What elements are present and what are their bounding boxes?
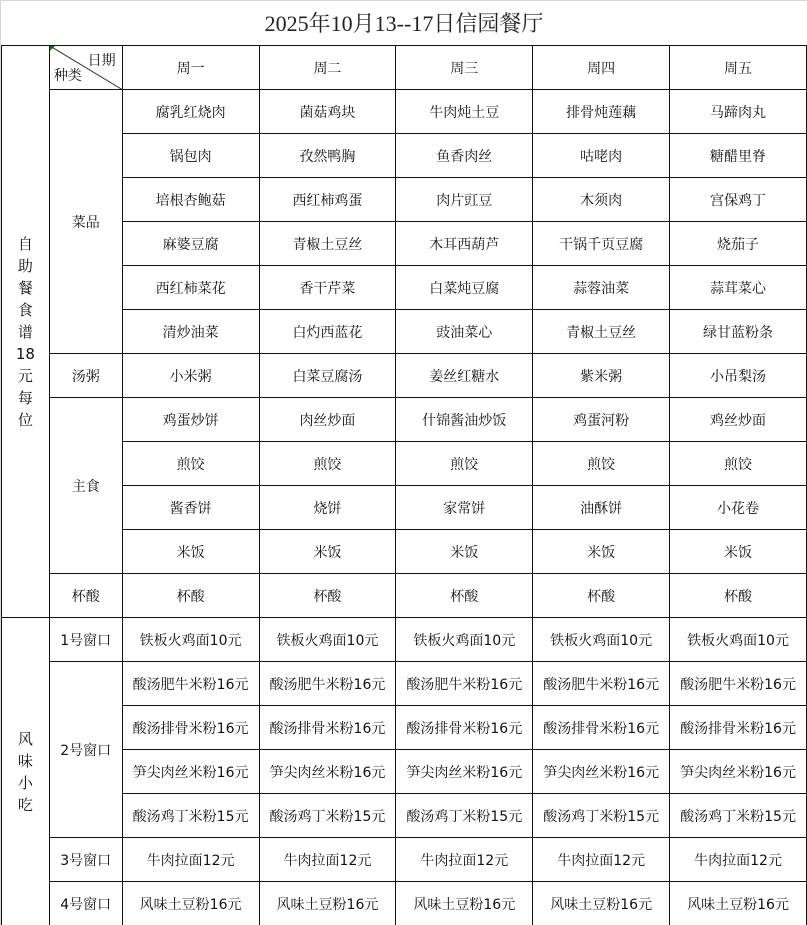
menu-row: 煎饺煎饺煎饺煎饺煎饺	[2, 442, 807, 486]
snacks-section-label: 风味小吃	[2, 618, 50, 925]
menu-row: 酸汤排骨米粉16元酸汤排骨米粉16元酸汤排骨米粉16元酸汤排骨米粉16元酸汤排骨…	[2, 706, 807, 750]
menu-item-cell: 锅包肉	[122, 134, 259, 178]
soup-category-label: 汤粥	[49, 354, 122, 398]
menu-item-cell: 烧茄子	[670, 222, 807, 266]
menu-item-cell: 煎饺	[670, 442, 807, 486]
staple-category-label: 主食	[49, 398, 122, 574]
corner-header-cell: 日期 种类	[49, 46, 122, 90]
menu-item-cell: 小吊梨汤	[670, 354, 807, 398]
menu-item-cell: 杯酸	[259, 574, 396, 618]
window1-category-label: 1号窗口	[49, 618, 122, 662]
buffet-section-label: 自助餐食谱18元每位	[2, 46, 50, 618]
menu-item-cell: 马蹄肉丸	[670, 90, 807, 134]
snacks-label-char: 味	[2, 750, 49, 772]
menu-item-cell: 米饭	[396, 530, 533, 574]
corner-category-label: 种类	[54, 65, 82, 85]
menu-row: 菜品腐乳红烧肉菌菇鸡块牛肉炖土豆排骨炖莲藕马蹄肉丸	[2, 90, 807, 134]
menu-item-cell: 风味土豆粉16元	[259, 882, 396, 925]
menu-item-cell: 宫保鸡丁	[670, 178, 807, 222]
menu-row: 米饭米饭米饭米饭米饭	[2, 530, 807, 574]
menu-item-cell: 牛肉拉面12元	[533, 838, 670, 882]
buffet-label-char: 餐	[2, 277, 49, 299]
menu-item-cell: 鸡丝炒面	[670, 398, 807, 442]
menu-item-cell: 白灼西蓝花	[259, 310, 396, 354]
buffet-label-char: 元	[2, 365, 49, 387]
menu-item-cell: 鸡蛋炒饼	[122, 398, 259, 442]
menu-row: 培根杏鲍菇西红柿鸡蛋肉片豇豆木须肉宫保鸡丁	[2, 178, 807, 222]
menu-item-cell: 杯酸	[122, 574, 259, 618]
menu-item-cell: 酸汤肥牛米粉16元	[396, 662, 533, 706]
menu-item-cell: 木耳西葫芦	[396, 222, 533, 266]
menu-item-cell: 笋尖肉丝米粉16元	[259, 750, 396, 794]
menu-row: 汤粥小米粥白菜豆腐汤姜丝红糖水紫米粥小吊梨汤	[2, 354, 807, 398]
menu-item-cell: 青椒土豆丝	[259, 222, 396, 266]
menu-row: 清炒油菜白灼西蓝花豉油菜心青椒土豆丝绿甘蓝粉条	[2, 310, 807, 354]
buffet-label-char: 18	[2, 343, 49, 365]
menu-item-cell: 酸汤排骨米粉16元	[533, 706, 670, 750]
menu-item-cell: 咕咾肉	[533, 134, 670, 178]
menu-item-cell: 牛肉拉面12元	[259, 838, 396, 882]
menu-table: 自助餐食谱18元每位 日期 种类 周一 周二 周三 周四 周五 菜品腐乳红烧肉菌…	[1, 45, 807, 925]
menu-item-cell: 绿甘蓝粉条	[670, 310, 807, 354]
menu-item-cell: 培根杏鲍菇	[122, 178, 259, 222]
menu-item-cell: 酸汤排骨米粉16元	[396, 706, 533, 750]
menu-item-cell: 笋尖肉丝米粉16元	[533, 750, 670, 794]
menu-item-cell: 糖醋里脊	[670, 134, 807, 178]
menu-item-cell: 酸汤肥牛米粉16元	[670, 662, 807, 706]
menu-item-cell: 杯酸	[396, 574, 533, 618]
menu-item-cell: 牛肉炖土豆	[396, 90, 533, 134]
menu-item-cell: 豉油菜心	[396, 310, 533, 354]
menu-item-cell: 煎饺	[396, 442, 533, 486]
menu-item-cell: 酸汤鸡丁米粉15元	[122, 794, 259, 838]
menu-item-cell: 小花卷	[670, 486, 807, 530]
buffet-label-char: 谱	[2, 321, 49, 343]
menu-item-cell: 铁板火鸡面10元	[122, 618, 259, 662]
menu-item-cell: 姜丝红糖水	[396, 354, 533, 398]
menu-item-cell: 风味土豆粉16元	[396, 882, 533, 925]
buffet-label-char: 位	[2, 409, 49, 431]
buffet-label-char: 食	[2, 299, 49, 321]
corner-date-label: 日期	[88, 50, 116, 70]
menu-item-cell: 油酥饼	[533, 486, 670, 530]
menu-item-cell: 鱼香肉丝	[396, 134, 533, 178]
menu-item-cell: 牛肉拉面12元	[122, 838, 259, 882]
menu-row: 酸汤鸡丁米粉15元酸汤鸡丁米粉15元酸汤鸡丁米粉15元酸汤鸡丁米粉15元酸汤鸡丁…	[2, 794, 807, 838]
menu-item-cell: 铁板火鸡面10元	[533, 618, 670, 662]
buffet-label-char: 每	[2, 387, 49, 409]
snacks-label-char: 小	[2, 772, 49, 794]
dishes-category-label: 菜品	[49, 90, 122, 354]
menu-row: 4号窗口风味土豆粉16元风味土豆粉16元风味土豆粉16元风味土豆粉16元风味土豆…	[2, 882, 807, 925]
menu-item-cell: 米饭	[122, 530, 259, 574]
menu-item-cell: 煎饺	[533, 442, 670, 486]
menu-row: 2号窗口酸汤肥牛米粉16元酸汤肥牛米粉16元酸汤肥牛米粉16元酸汤肥牛米粉16元…	[2, 662, 807, 706]
menu-item-cell: 笋尖肉丝米粉16元	[122, 750, 259, 794]
menu-row: 笋尖肉丝米粉16元笋尖肉丝米粉16元笋尖肉丝米粉16元笋尖肉丝米粉16元笋尖肉丝…	[2, 750, 807, 794]
menu-item-cell: 酸汤排骨米粉16元	[122, 706, 259, 750]
menu-item-cell: 紫米粥	[533, 354, 670, 398]
page-title: 2025年10月13--17日信园餐厅	[1, 1, 807, 44]
menu-item-cell: 木须肉	[533, 178, 670, 222]
menu-item-cell: 风味土豆粉16元	[122, 882, 259, 925]
menu-item-cell: 西红柿菜花	[122, 266, 259, 310]
menu-item-cell: 什锦酱油炒饭	[396, 398, 533, 442]
menu-item-cell: 铁板火鸡面10元	[670, 618, 807, 662]
menu-item-cell: 铁板火鸡面10元	[396, 618, 533, 662]
menu-item-cell: 麻婆豆腐	[122, 222, 259, 266]
menu-row: 杯酸杯酸杯酸杯酸杯酸杯酸	[2, 574, 807, 618]
menu-item-cell: 西红柿鸡蛋	[259, 178, 396, 222]
menu-item-cell: 笋尖肉丝米粉16元	[670, 750, 807, 794]
buffet-label-char: 自	[2, 233, 49, 255]
drink-category-label: 杯酸	[49, 574, 122, 618]
menu-item-cell: 干锅千页豆腐	[533, 222, 670, 266]
menu-item-cell: 蒜茸菜心	[670, 266, 807, 310]
snacks-label-char: 吃	[2, 794, 49, 816]
menu-item-cell: 酱香饼	[122, 486, 259, 530]
day-header-tue: 周二	[259, 46, 396, 90]
menu-item-cell: 家常饼	[396, 486, 533, 530]
menu-item-cell: 酸汤鸡丁米粉15元	[533, 794, 670, 838]
menu-item-cell: 鸡蛋河粉	[533, 398, 670, 442]
menu-row: 主食鸡蛋炒饼肉丝炒面什锦酱油炒饭鸡蛋河粉鸡丝炒面	[2, 398, 807, 442]
menu-item-cell: 蒜蓉油菜	[533, 266, 670, 310]
menu-item-cell: 米饭	[533, 530, 670, 574]
menu-item-cell: 酸汤鸡丁米粉15元	[396, 794, 533, 838]
menu-item-cell: 孜然鸭胸	[259, 134, 396, 178]
snacks-label-char: 风	[2, 728, 49, 750]
menu-item-cell: 肉片豇豆	[396, 178, 533, 222]
menu-item-cell: 酸汤鸡丁米粉15元	[259, 794, 396, 838]
menu-row: 锅包肉孜然鸭胸鱼香肉丝咕咾肉糖醋里脊	[2, 134, 807, 178]
day-header-mon: 周一	[122, 46, 259, 90]
menu-item-cell: 白菜豆腐汤	[259, 354, 396, 398]
window4-category-label: 4号窗口	[49, 882, 122, 925]
window2-category-label: 2号窗口	[49, 662, 122, 838]
menu-item-cell: 清炒油菜	[122, 310, 259, 354]
menu-item-cell: 煎饺	[122, 442, 259, 486]
menu-item-cell: 米饭	[259, 530, 396, 574]
menu-row: 风味小吃1号窗口铁板火鸡面10元铁板火鸡面10元铁板火鸡面10元铁板火鸡面10元…	[2, 618, 807, 662]
menu-row: 酱香饼烧饼家常饼油酥饼小花卷	[2, 486, 807, 530]
menu-item-cell: 酸汤肥牛米粉16元	[259, 662, 396, 706]
menu-item-cell: 青椒土豆丝	[533, 310, 670, 354]
header-row: 自助餐食谱18元每位 日期 种类 周一 周二 周三 周四 周五	[2, 46, 807, 90]
menu-item-cell: 牛肉拉面12元	[670, 838, 807, 882]
menu-item-cell: 香干芹菜	[259, 266, 396, 310]
menu-row: 西红柿菜花香干芹菜白菜炖豆腐蒜蓉油菜蒜茸菜心	[2, 266, 807, 310]
menu-item-cell: 酸汤肥牛米粉16元	[533, 662, 670, 706]
menu-item-cell: 煎饺	[259, 442, 396, 486]
window3-category-label: 3号窗口	[49, 838, 122, 882]
menu-item-cell: 酸汤肥牛米粉16元	[122, 662, 259, 706]
menu-row: 麻婆豆腐青椒土豆丝木耳西葫芦干锅千页豆腐烧茄子	[2, 222, 807, 266]
menu-item-cell: 酸汤排骨米粉16元	[670, 706, 807, 750]
menu-item-cell: 白菜炖豆腐	[396, 266, 533, 310]
menu-item-cell: 铁板火鸡面10元	[259, 618, 396, 662]
menu-item-cell: 风味土豆粉16元	[670, 882, 807, 925]
day-header-fri: 周五	[670, 46, 807, 90]
menu-item-cell: 腐乳红烧肉	[122, 90, 259, 134]
menu-item-cell: 菌菇鸡块	[259, 90, 396, 134]
menu-item-cell: 酸汤排骨米粉16元	[259, 706, 396, 750]
day-header-wed: 周三	[396, 46, 533, 90]
menu-sheet: 2025年10月13--17日信园餐厅 自助餐食谱18元每位 日期 种类 周一 …	[0, 0, 807, 925]
menu-item-cell: 排骨炖莲藕	[533, 90, 670, 134]
menu-row: 3号窗口牛肉拉面12元牛肉拉面12元牛肉拉面12元牛肉拉面12元牛肉拉面12元	[2, 838, 807, 882]
menu-item-cell: 肉丝炒面	[259, 398, 396, 442]
menu-item-cell: 杯酸	[670, 574, 807, 618]
menu-item-cell: 米饭	[670, 530, 807, 574]
menu-item-cell: 杯酸	[533, 574, 670, 618]
menu-item-cell: 酸汤鸡丁米粉15元	[670, 794, 807, 838]
buffet-label-char: 助	[2, 255, 49, 277]
day-header-thu: 周四	[533, 46, 670, 90]
menu-item-cell: 烧饼	[259, 486, 396, 530]
menu-item-cell: 笋尖肉丝米粉16元	[396, 750, 533, 794]
menu-item-cell: 牛肉拉面12元	[396, 838, 533, 882]
menu-item-cell: 小米粥	[122, 354, 259, 398]
menu-item-cell: 风味土豆粉16元	[533, 882, 670, 925]
